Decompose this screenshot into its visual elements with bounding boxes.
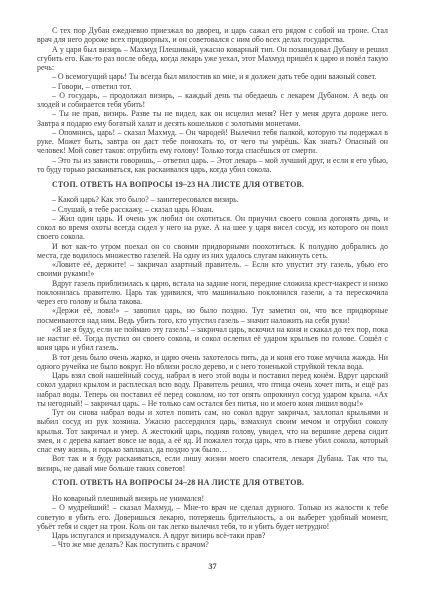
story-paragraph: А у царя был визирь – Махмуд Плешивый, у… xyxy=(37,45,388,73)
story-paragraph: «Я не я буду, если не поймаю эту газель!… xyxy=(37,325,388,353)
story-paragraph: – Какой царь? Как это было? – заинтересо… xyxy=(37,195,388,204)
story-paragraph: Тут он снова набрал воды и хотел попить … xyxy=(37,408,388,454)
story-paragraph: Вот так и я буду раскаиваться, если лишу… xyxy=(37,454,388,473)
story-paragraph: Царь взял свой нашейный сосуд, набрал в … xyxy=(37,371,388,408)
story-paragraph: – Жил один царь. И очень уж любил он охо… xyxy=(37,214,388,242)
story-paragraph: Но коварный плешивый визирь не унимался! xyxy=(37,494,388,503)
story-paragraph: – Что же мне делать? Как поступить с вра… xyxy=(37,540,388,549)
page-body: С тех пор Дубан ежедневно приезжал во дв… xyxy=(37,26,388,550)
story-paragraph: – Говори, – ответил тот. xyxy=(37,82,388,91)
story-paragraph: И вот как-то утром поехал он со своими п… xyxy=(37,242,388,261)
story-paragraph: «Ловите её, держите! – закричал азартный… xyxy=(37,260,388,279)
test-booklet-page: { "page": { "number": "37", "background_… xyxy=(0,0,423,598)
page-number: 37 xyxy=(37,562,388,571)
story-paragraph: – Слушай, я тебе расскажу, – сказал царь… xyxy=(37,205,388,214)
stop-instruction-heading-24-28: СТОП. ОТВЕТЬ НА ВОПРОСЫ 24–28 НА ЛИСТЕ Д… xyxy=(37,478,388,487)
story-paragraph: Царь испугался и призадумался. А вдруг в… xyxy=(37,531,388,540)
story-paragraph: – Это ты из зависти говоришь, – ответил … xyxy=(37,156,388,175)
story-paragraph: – Опомнись, царь! – сказал Махмуд. – Он … xyxy=(37,128,388,156)
story-paragraph: Вдруг газель приблизилась к царю, встала… xyxy=(37,279,388,307)
story-paragraph: – О всемогущий царь! Ты всегда был милос… xyxy=(37,72,388,81)
story-paragraph: «Держи её, лови!» – завопил царь, но был… xyxy=(37,306,388,325)
stop-instruction-heading-19-23: СТОП. ОТВЕТЬ НА ВОПРОСЫ 19–23 НА ЛИСТЕ Д… xyxy=(37,180,388,189)
story-paragraph: – Ты не прав, визирь. Разве ты не видел,… xyxy=(37,109,388,128)
story-paragraph: – О мудрейший! – сказал Махмуд, – Мне-то… xyxy=(37,503,388,531)
story-paragraph: В тот день было очень жарко, и царю очен… xyxy=(37,353,388,372)
story-paragraph: С тех пор Дубан ежедневно приезжал во дв… xyxy=(37,26,388,45)
story-paragraph: – О государь, – продолжал визирь, – кажд… xyxy=(37,91,388,110)
